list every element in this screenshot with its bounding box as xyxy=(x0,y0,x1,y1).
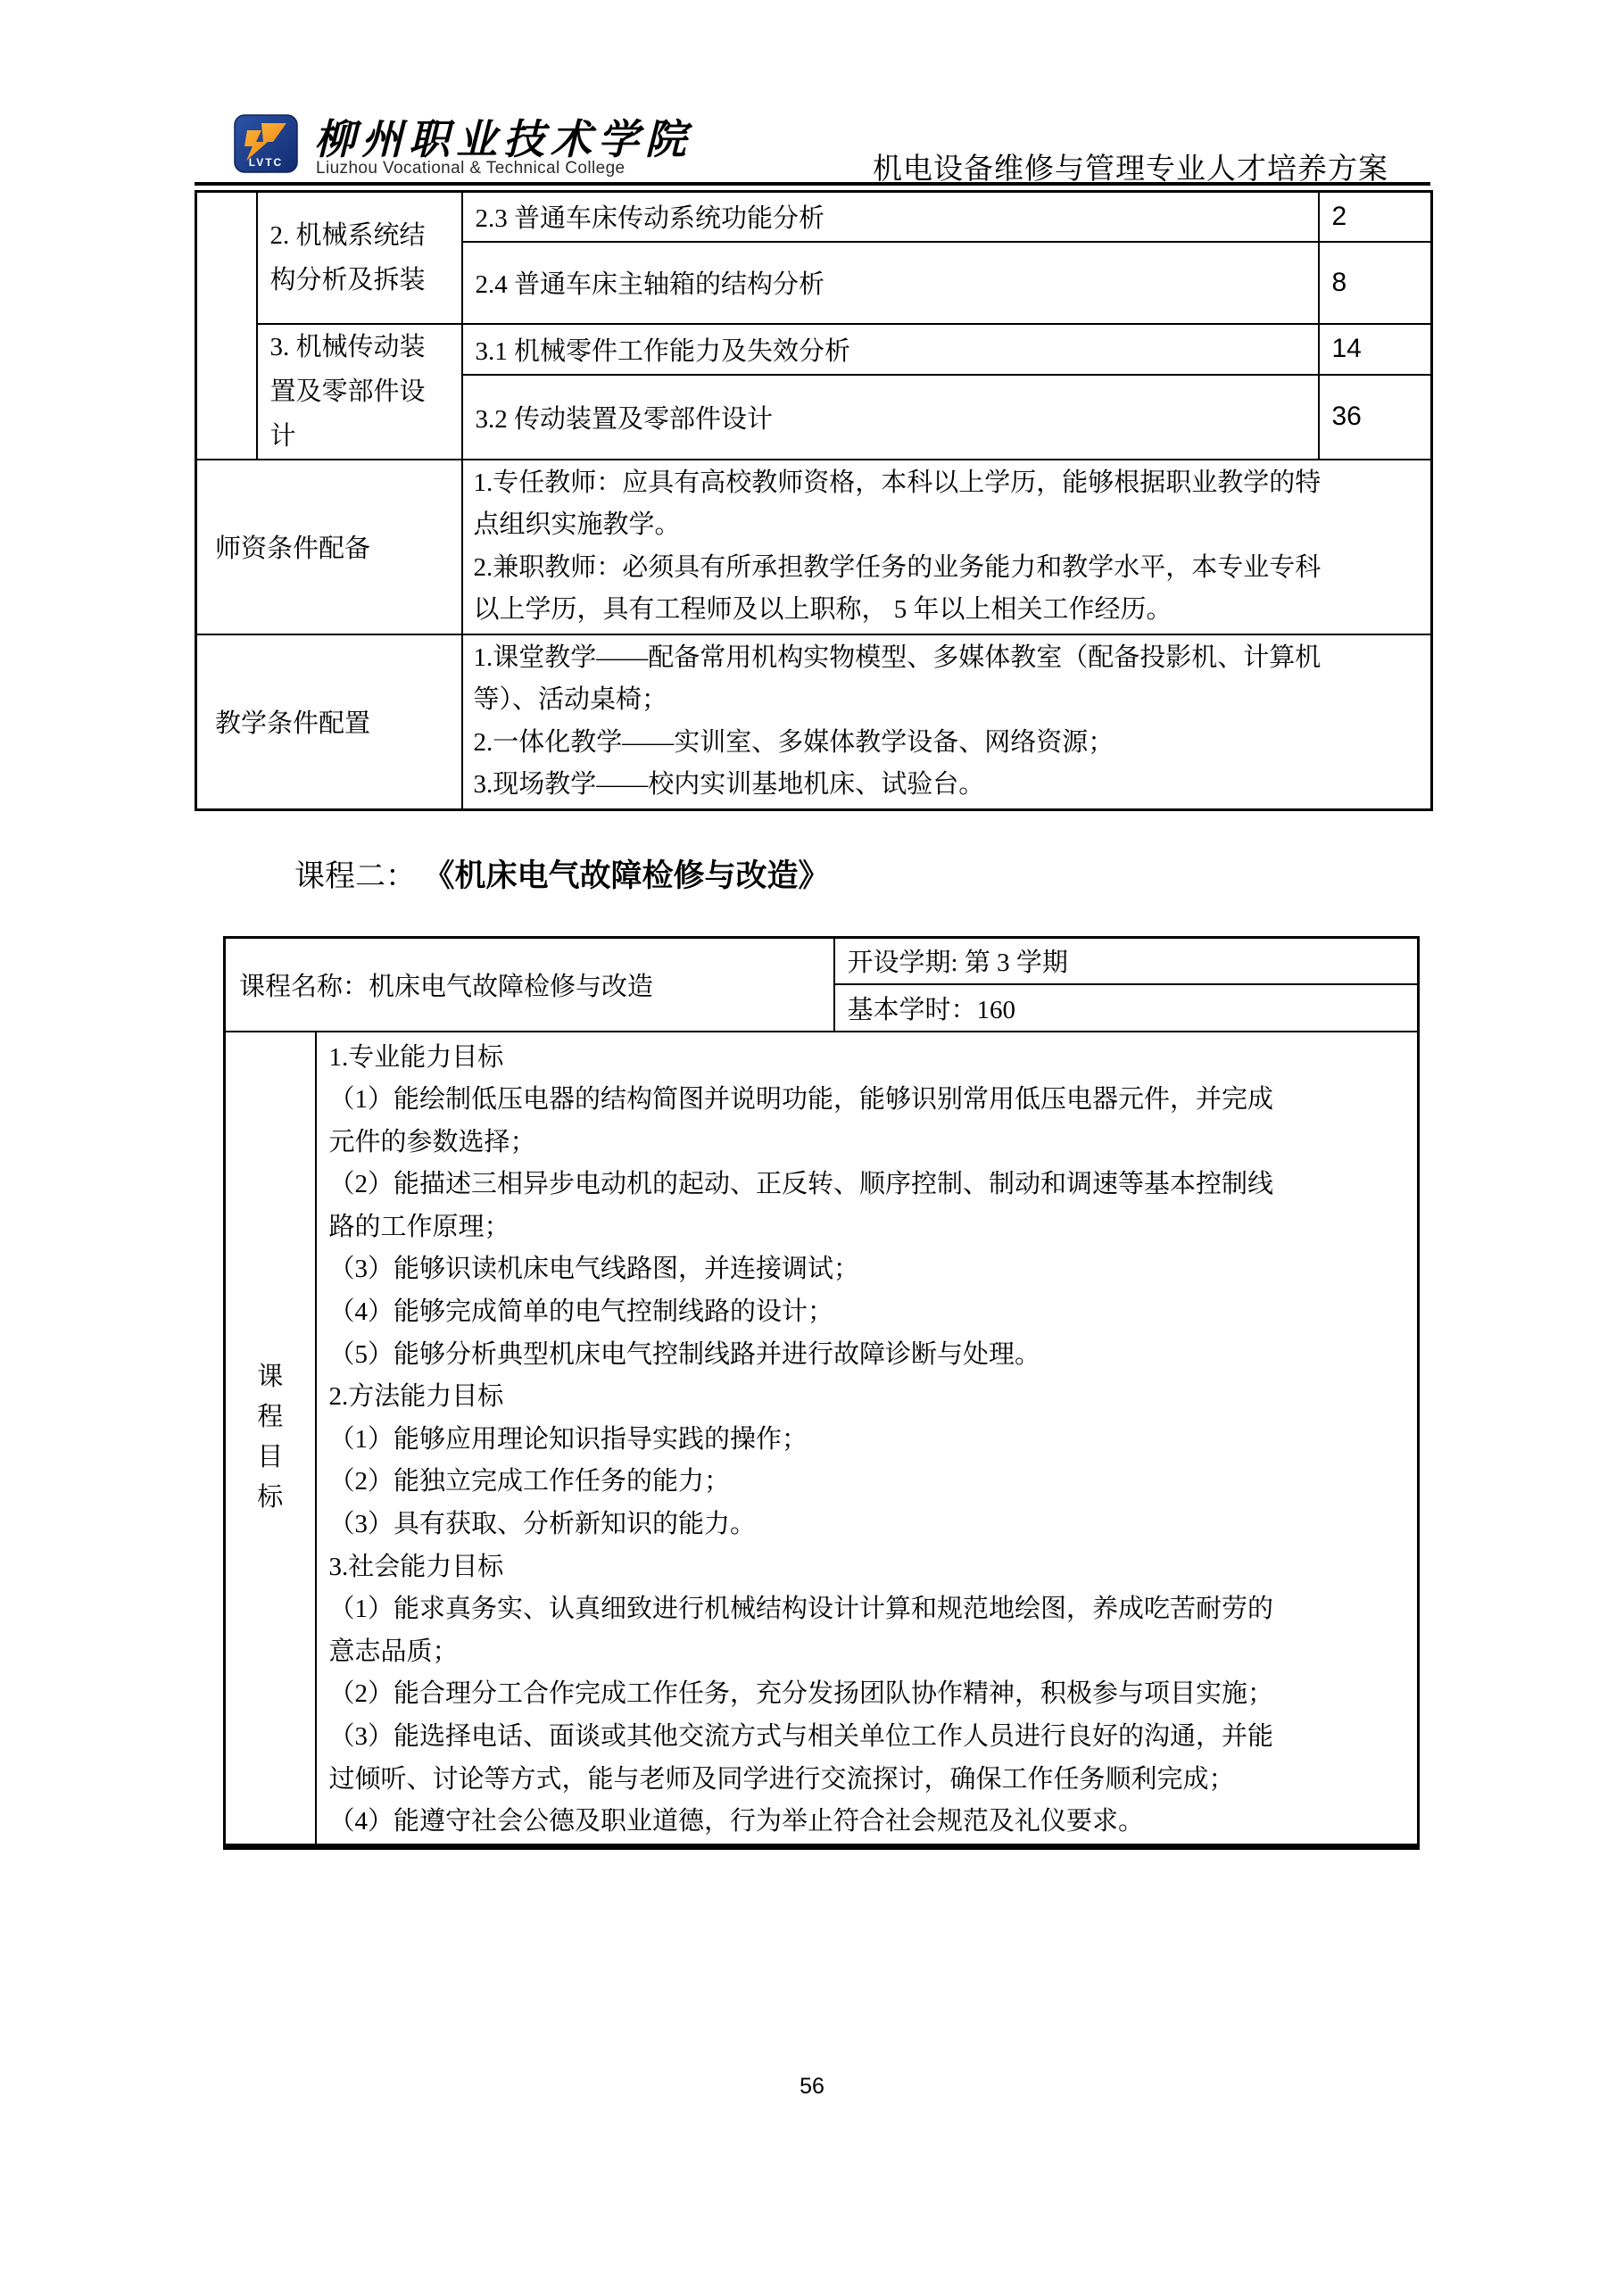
text-line: 3.社会能力目标 xyxy=(329,1546,1404,1589)
text-line: 等）、活动桌椅； xyxy=(474,679,1422,722)
task-item-cell: 2.3 普通车床传动系统功能分析 xyxy=(462,192,1319,242)
header-rule xyxy=(195,182,1430,186)
course1-requirements-table: 2. 机械系统结构分析及拆装 2.3 普通车床传动系统功能分析 2 2.4 普通… xyxy=(195,190,1433,811)
table-row: 教学条件配置 1.课堂教学——配备常用机构实物模型、多媒体教室（配备投影机、计算… xyxy=(196,634,1432,810)
teaching-conditions-label: 教学条件配置 xyxy=(196,634,462,810)
task-group-cell: 3. 机械传动装置及零部件设计 xyxy=(257,324,462,460)
course2-section-heading: 课程二：《机床电气故障检修与改造》 xyxy=(294,851,830,896)
course2-info-table: 课程名称：机床电气故障检修与改造 开设学期: 第 3 学期 基本学时：160 课… xyxy=(223,936,1420,1850)
task-hours-cell: 14 xyxy=(1319,324,1432,376)
table-row: 2. 机械系统结构分析及拆装 2.3 普通车床传动系统功能分析 2 xyxy=(196,192,1432,242)
table-row: 3. 机械传动装置及零部件设计 3.1 机械零件工作能力及失效分析 14 xyxy=(196,324,1432,376)
base-hours-cell: 基本学时：160 xyxy=(834,984,1419,1032)
teaching-conditions-content: 1.课堂教学——配备常用机构实物模型、多媒体教室（配备投影机、计算机 等）、活动… xyxy=(462,634,1432,810)
course-goals-content: 1.专业能力目标 （1）能绘制低压电器的结构简图并说明功能，能够识别常用低压电器… xyxy=(316,1032,1419,1847)
text-line: 2.一体化教学——实训室、多媒体教学设备、网络资源； xyxy=(474,722,1422,765)
teacher-requirements-content: 1.专任教师：应具有高校教师资格，本科以上学历，能够根据职业教学的特 点组织实施… xyxy=(462,460,1432,634)
doc-header-title: 机电设备维修与管理专业人才培养方案 xyxy=(873,145,1388,187)
text-line: （2）能描述三相异步电动机的起动、正反转、顺序控制、制动和调速等基本控制线 xyxy=(329,1164,1404,1206)
text-line: （5）能够分析典型机床电气控制线路并进行故障诊断与处理。 xyxy=(329,1334,1404,1377)
text-line: 2.兼职教师：必须具有所承担教学任务的业务能力和教学水平，本专业专科 xyxy=(474,547,1422,590)
college-name-chinese: 柳州职业技术学院 xyxy=(314,107,692,166)
task-hours-cell: 2 xyxy=(1319,192,1432,242)
text-line: （2）能独立完成工作任务的能力； xyxy=(329,1461,1404,1504)
task-item-cell: 3.2 传动装置及零部件设计 xyxy=(462,375,1319,460)
text-line: 意志品质； xyxy=(329,1631,1404,1674)
course-goals-label-cell: 课程目标 xyxy=(225,1032,316,1847)
course-goals-label: 课程目标 xyxy=(257,1357,284,1518)
table-row: 课程名称：机床电气故障检修与改造 开设学期: 第 3 学期 xyxy=(225,938,1419,984)
text-line: （3）能够识读机床电气线路图，并连接调试； xyxy=(329,1248,1404,1291)
document-page: LVTC 柳州职业技术学院 Liuzhou Vocational & Techn… xyxy=(0,0,1624,2296)
svg-text:LVTC: LVTC xyxy=(249,156,283,169)
text-line: （4）能遵守社会公德及职业道德，行为举止符合社会规范及礼仪要求。 xyxy=(329,1801,1404,1844)
text-line: （3）具有获取、分析新知识的能力。 xyxy=(329,1504,1404,1546)
heading-prefix: 课程二： xyxy=(294,860,416,893)
text-line: （1）能够应用理论知识指导实践的操作； xyxy=(329,1419,1404,1462)
lvtc-logo-icon: LVTC xyxy=(234,114,298,173)
table-row: 课程目标 1.专业能力目标 （1）能绘制低压电器的结构简图并说明功能，能够识别常… xyxy=(225,1032,1419,1847)
table-row: 师资条件配备 1.专任教师：应具有高校教师资格，本科以上学历，能够根据职业教学的… xyxy=(196,460,1432,634)
text-line: 以上学历，具有工程师及以上职称， 5 年以上相关工作经历。 xyxy=(474,589,1422,632)
task-hours-cell: 36 xyxy=(1319,375,1432,460)
college-name-english: Liuzhou Vocational & Technical College xyxy=(316,159,626,178)
text-line: （3）能选择电话、面谈或其他交流方式与相关单位工作人员进行良好的沟通，并能 xyxy=(329,1716,1404,1759)
heading-book-title: 《机床电气故障检修与改造》 xyxy=(439,858,830,893)
task-item-cell: 2.4 普通车床主轴箱的结构分析 xyxy=(462,242,1319,324)
text-line: （2）能合理分工合作完成工作任务，充分发扬团队协作精神，积极参与项目实施； xyxy=(329,1673,1404,1716)
task-item-cell: 3.1 机械零件工作能力及失效分析 xyxy=(462,324,1319,376)
teacher-requirements-label: 师资条件配备 xyxy=(196,460,462,634)
task-hours-cell: 8 xyxy=(1319,242,1432,324)
semester-cell: 开设学期: 第 3 学期 xyxy=(834,938,1419,984)
continuation-empty-cell xyxy=(196,192,257,460)
text-line: 2.方法能力目标 xyxy=(329,1376,1404,1419)
text-line: 点组织实施教学。 xyxy=(474,504,1422,547)
text-line: 1.专业能力目标 xyxy=(329,1037,1404,1080)
text-line: 1.专任教师：应具有高校教师资格，本科以上学历，能够根据职业教学的特 xyxy=(474,462,1422,505)
text-line: 路的工作原理； xyxy=(329,1206,1404,1249)
task-group-cell: 2. 机械系统结构分析及拆装 xyxy=(257,192,462,324)
course-name-cell: 课程名称：机床电气故障检修与改造 xyxy=(225,938,834,1032)
text-line: 3.现场教学——校内实训基地机床、试验台。 xyxy=(474,764,1422,807)
text-line: （1）能求真务实、认真细致进行机械结构设计计算和规范地绘图，养成吃苦耐劳的 xyxy=(329,1588,1404,1631)
text-line: 1.课堂教学——配备常用机构实物模型、多媒体教室（配备投影机、计算机 xyxy=(474,637,1422,680)
page-number: 56 xyxy=(0,2074,1624,2100)
text-line: （1）能绘制低压电器的结构简图并说明功能，能够识别常用低压电器元件，并完成 xyxy=(329,1079,1404,1122)
text-line: （4）能够完成简单的电气控制线路的设计； xyxy=(329,1291,1404,1334)
text-line: 过倾听、讨论等方式，能与老师及同学进行交流探讨，确保工作任务顺利完成； xyxy=(329,1759,1404,1802)
text-line: 元件的参数选择； xyxy=(329,1122,1404,1165)
